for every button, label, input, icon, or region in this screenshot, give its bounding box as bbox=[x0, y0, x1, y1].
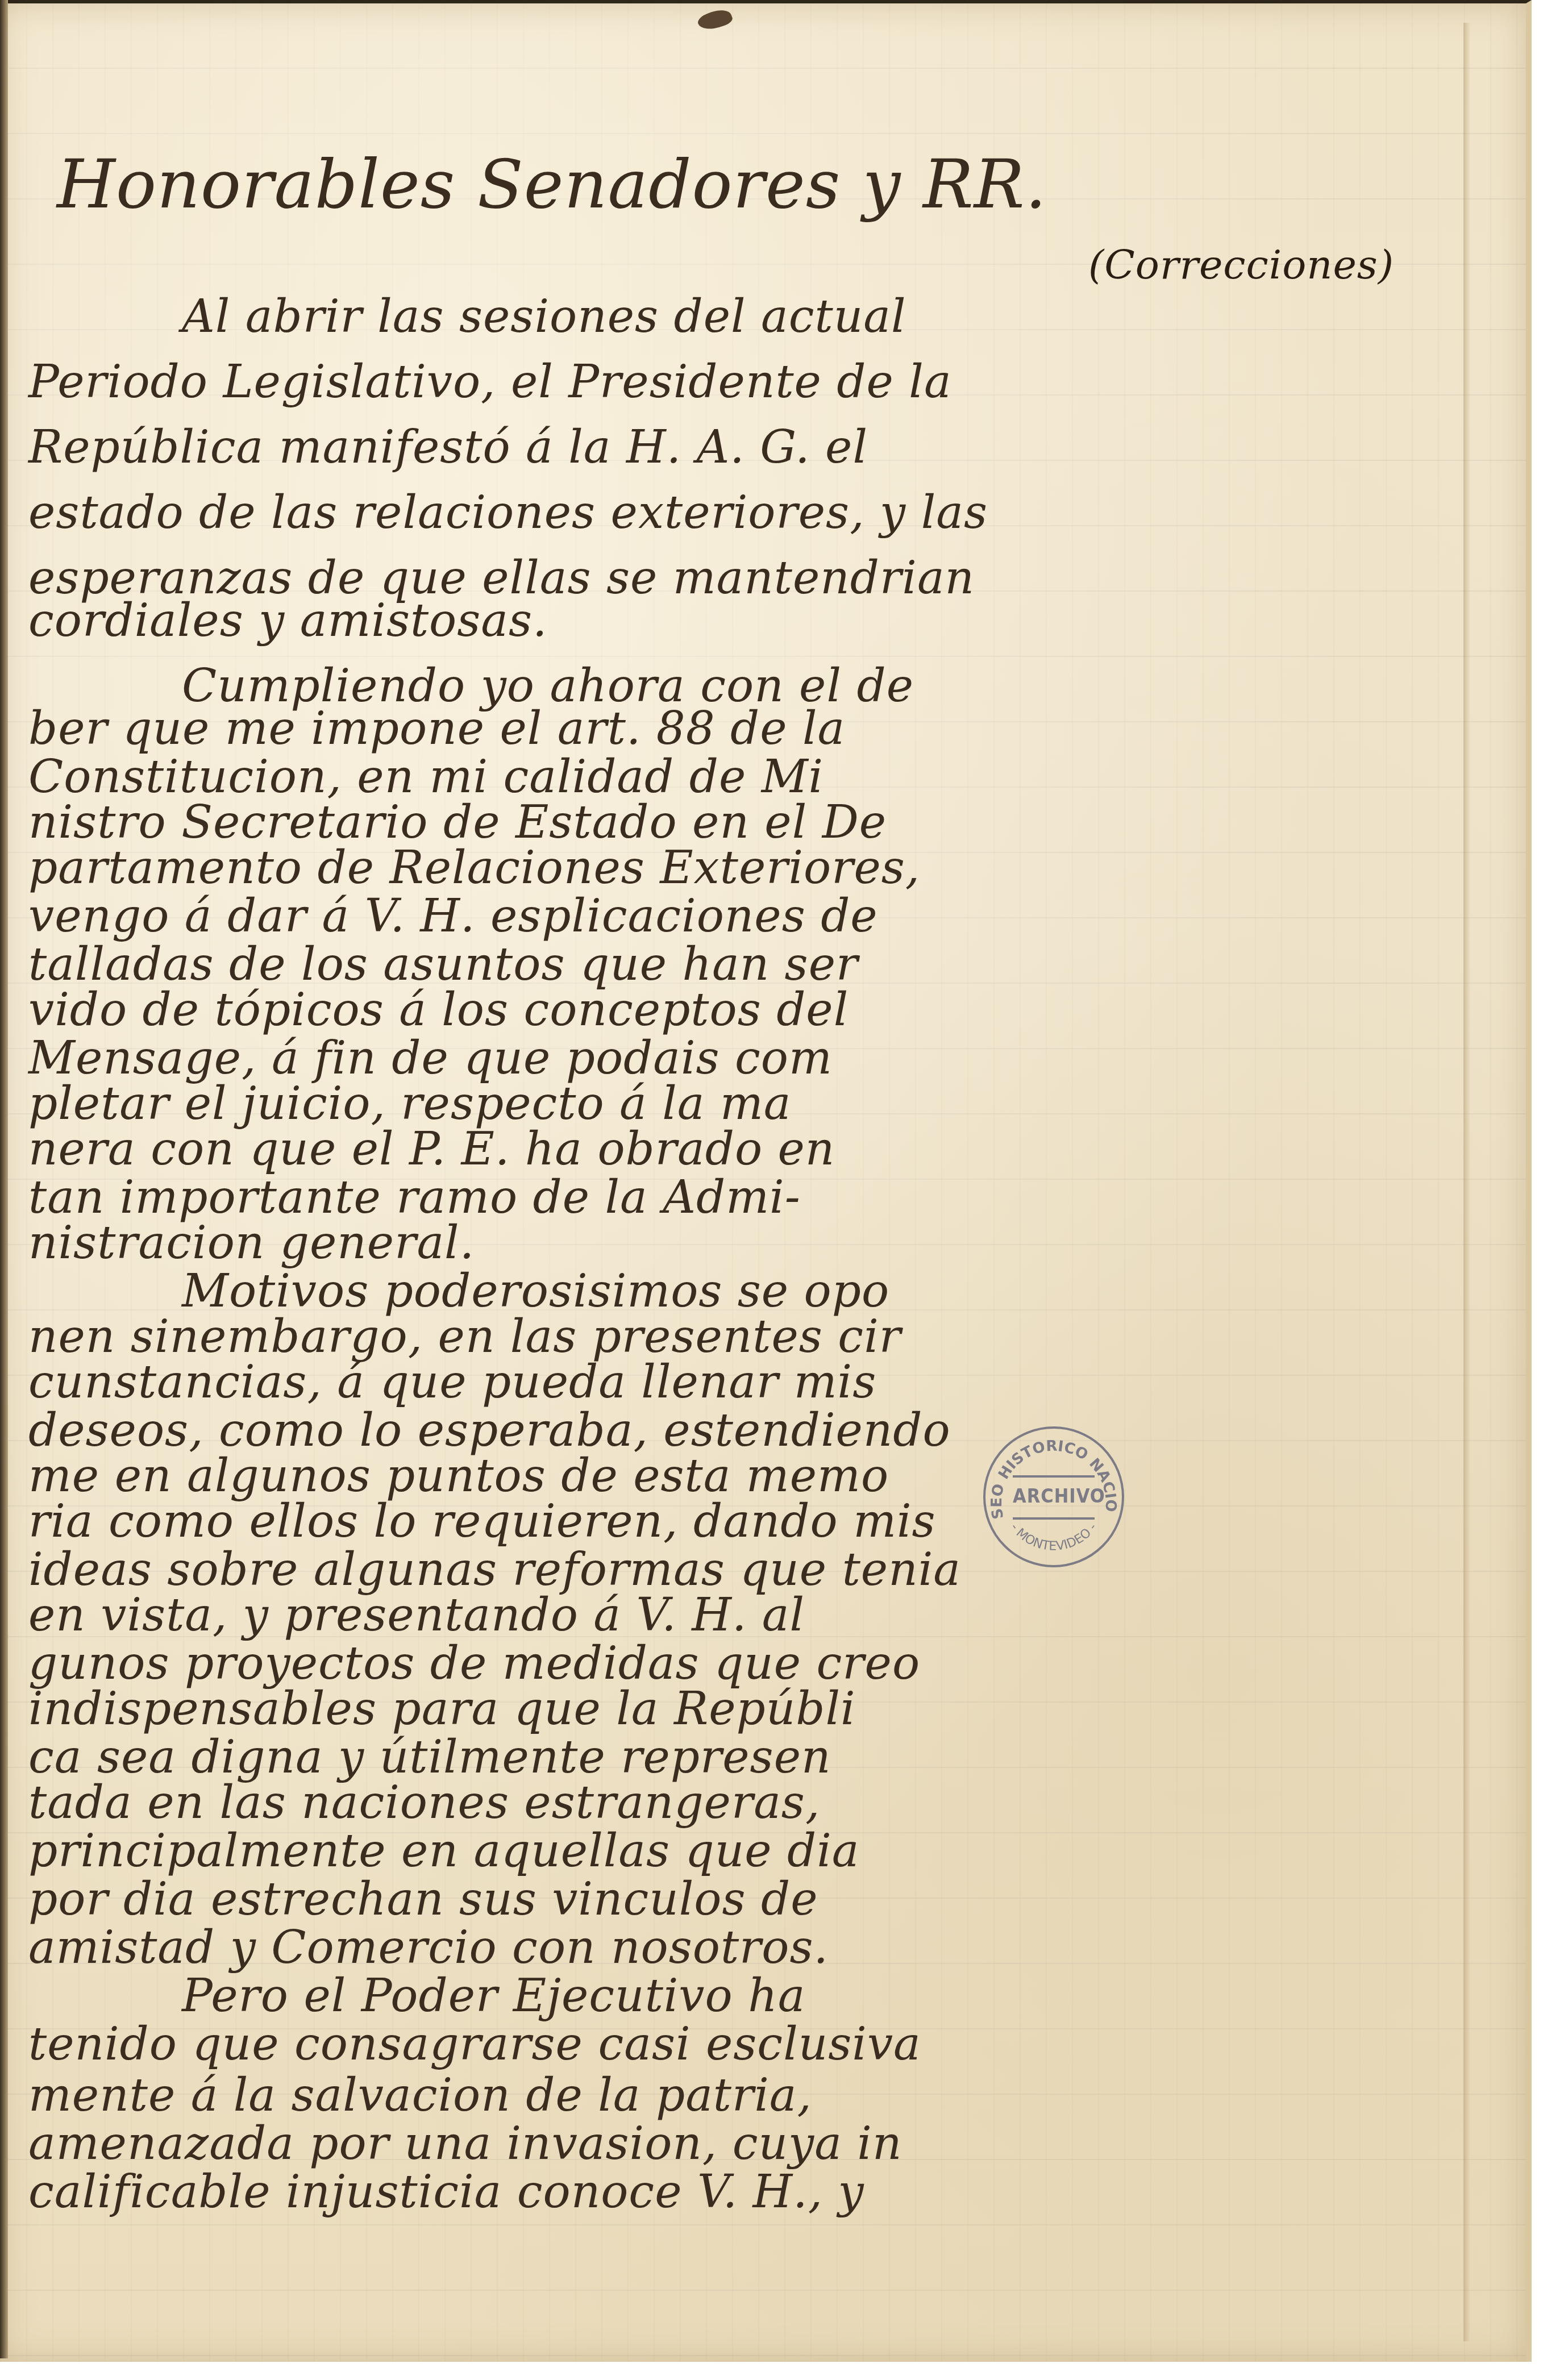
text-line: Pero el Poder Ejecutivo ha bbox=[182, 1969, 805, 2022]
text-line: vido de tópicos á los conceptos del bbox=[28, 983, 849, 1036]
archive-stamp: MUSEO HISTORICO NACIONAL - MONTEVIDEO - … bbox=[983, 1426, 1124, 1567]
text-line: nistracion general. bbox=[28, 1216, 475, 1269]
text-line: estado de las relaciones exteriores, y l… bbox=[28, 486, 988, 539]
text-line: Periodo Legislativo, el Presidente de la bbox=[28, 355, 952, 408]
text-line: calificable injusticia conoce V. H., y bbox=[28, 2165, 864, 2218]
text-line: ber que me impone el art. 88 de la bbox=[28, 702, 845, 755]
text-line: tenido que consagrarse casi esclusiva bbox=[28, 2017, 921, 2070]
paper-fold bbox=[1463, 23, 1470, 2341]
text-line: amenazada por una invasion, cuya in bbox=[28, 2117, 902, 2170]
text-line: nera con que el P. E. ha obrado en bbox=[28, 1122, 835, 1175]
letter-salutation: Honorables Senadores y RR. bbox=[57, 145, 1047, 223]
svg-text:- MONTEVIDEO -: - MONTEVIDEO - bbox=[1008, 1521, 1100, 1554]
text-line: Al abrir las sesiones del actual bbox=[182, 290, 906, 343]
text-line: República manifestó á la H. A. G. el bbox=[28, 421, 868, 473]
text-line: partamento de Relaciones Exteriores, bbox=[28, 841, 920, 894]
text-line: en vista, y presentando á V. H. al bbox=[28, 1588, 805, 1641]
stamp-center-label: ARCHIVO bbox=[1013, 1475, 1095, 1520]
text-line: tada en las naciones estrangeras, bbox=[28, 1776, 820, 1829]
text-line: amistad y Comercio con nosotros. bbox=[28, 1921, 829, 1974]
binding-edge bbox=[0, 0, 8, 2358]
text-line: cordiales y amistosas. bbox=[28, 594, 547, 647]
text-line: principalmente en aquellas que dia bbox=[28, 1824, 860, 1877]
text-line: mente á la salvacion de la patria, bbox=[28, 2069, 812, 2121]
text-line: ria como ellos lo requieren, dando mis bbox=[28, 1495, 936, 1547]
text-line: vengo á dar á V. H. esplicaciones de bbox=[28, 889, 878, 942]
text-line: indispensables para que la Repúbli bbox=[28, 1682, 856, 1735]
text-line: por dia estrechan sus vinculos de bbox=[28, 1873, 818, 1925]
margin-annotation: (Correcciones) bbox=[1088, 242, 1394, 288]
text-line: cunstancias, á que pueda llenar mis bbox=[28, 1355, 876, 1408]
